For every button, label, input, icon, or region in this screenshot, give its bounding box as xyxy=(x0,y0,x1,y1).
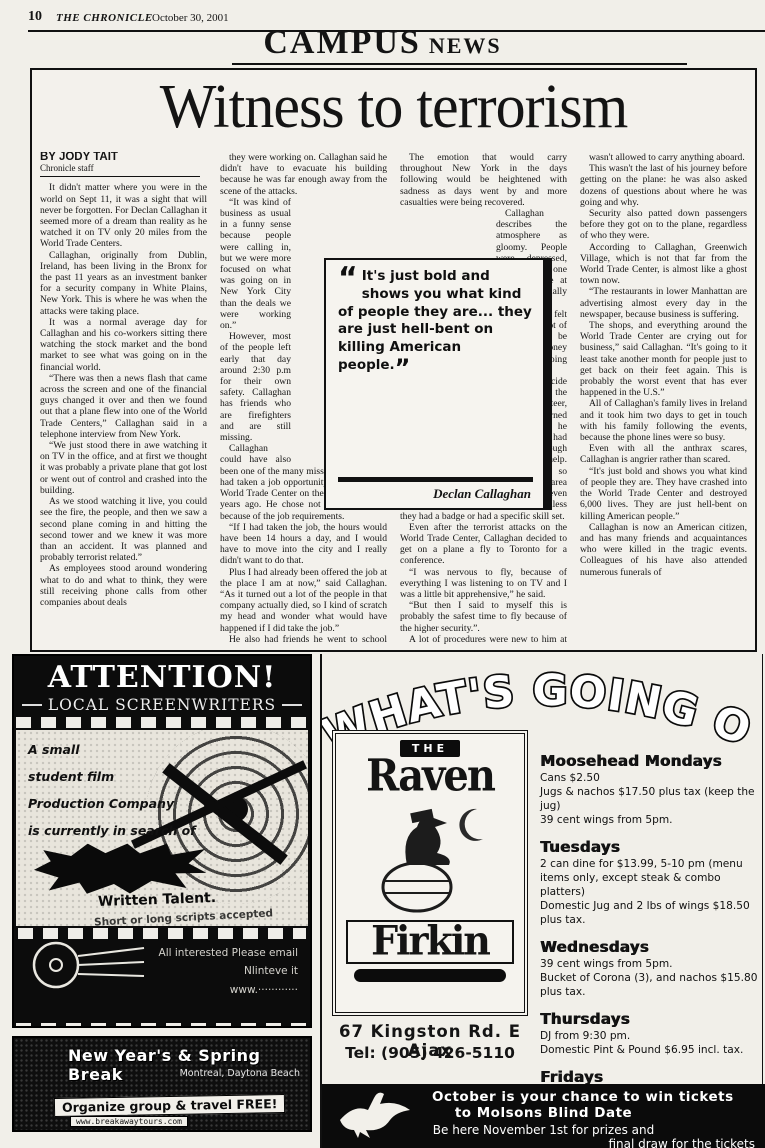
article-paragraph: As employees stood around wondering what… xyxy=(40,563,207,608)
article-paragraph: A lot of procedures were new to him at t… xyxy=(400,634,567,644)
header-date: October 30, 2001 xyxy=(152,12,229,24)
pub-banner-pill xyxy=(354,969,506,982)
schedule-item: Domestic Pint & Pound $6.95 incl. tax. xyxy=(540,1044,758,1058)
schedule-item: DJ from 9:30 pm. xyxy=(540,1030,758,1044)
close-quote-glyph: ” xyxy=(395,354,411,382)
screenwriters-note: Short or long scripts accepted xyxy=(94,907,274,926)
screenwriters-burst: Written Talent. xyxy=(98,890,217,910)
column-4: wasn't allowed to carry anything aboard.… xyxy=(580,152,747,644)
article-paragraph: Plus I had already been offered the job … xyxy=(220,567,387,634)
article-box: Witness to terrorism BY JODY TAIT Chroni… xyxy=(30,68,757,652)
article-paragraph: they were working on. Callaghan said he … xyxy=(220,152,387,197)
section-title: CAMPUSNEWS xyxy=(0,24,765,62)
screenwriters-line: student film xyxy=(28,769,196,784)
screenwriters-contact-line: www.············ xyxy=(159,981,298,999)
schedule-item: Cans $2.50 xyxy=(540,772,758,786)
schedule-item: 39 cent wings from 5pm. xyxy=(540,814,758,828)
schedule-day: Wednesdays xyxy=(540,938,758,956)
article-paragraph: As we stood watching it live, you could … xyxy=(40,496,207,563)
screenwriters-title: ATTENTION! xyxy=(14,660,310,695)
screenwriters-line: is currently in search of xyxy=(28,823,196,838)
section-word-campus: CAMPUS xyxy=(263,24,420,61)
schedule-item: 39 cent wings from 5pm. xyxy=(540,958,758,972)
article-headline: Witness to terrorism xyxy=(32,71,755,143)
raven-on-barrel-illustration xyxy=(345,795,515,913)
article-paragraph: “But then I said to myself this is proba… xyxy=(400,600,567,634)
pull-quote-body: It's just bold and shows you what kind o… xyxy=(338,268,532,373)
schedule-day: Tuesdays xyxy=(540,838,758,856)
pull-quote: “It's just bold and shows you what kind … xyxy=(324,258,552,510)
article-paragraph: It was a normal average day for Callagha… xyxy=(40,317,207,373)
schedule-day: Fridays xyxy=(540,1068,758,1086)
screenwriters-footer: All interested Please emailNlinteve itww… xyxy=(16,928,308,1020)
screenwriters-line: Production Company xyxy=(28,796,196,811)
article-paragraph: According to Callaghan, Greenwich Villag… xyxy=(580,242,747,287)
pub-logo-box: THE Raven Firkin xyxy=(332,730,528,1016)
section-word-news: NEWS xyxy=(429,33,502,58)
spring-break-ad: New Year's & Spring Break Montreal, Dayt… xyxy=(12,1036,312,1132)
banner-line-1: October is your chance to win tickets xyxy=(432,1089,765,1105)
schedule-item: Domestic Jug and 2 lbs of wings $18.50 p… xyxy=(540,900,758,928)
schedule-day: Moosehead Mondays xyxy=(540,752,758,770)
byline-role: Chronicle staff xyxy=(40,163,200,177)
screenwriters-body: A smallstudent filmProduction Companyis … xyxy=(16,730,308,926)
article-paragraph: The emotion that would carry throughout … xyxy=(400,152,567,208)
whats-going-on-ad: WHAT'S GOING ON THE Raven Firkin 67 King… xyxy=(320,654,763,1148)
page-number: 10 xyxy=(28,9,42,25)
pull-quote-text: “It's just bold and shows you what kind … xyxy=(338,268,533,375)
pub-schedule: Moosehead MondaysCans $2.50Jugs & nachos… xyxy=(540,742,758,1116)
schedule-item: Jugs & nachos $17.50 plus tax (keep the … xyxy=(540,786,758,814)
newspaper-page: 10 THE CHRONICLE October 30, 2001 CAMPUS… xyxy=(0,0,765,1148)
column-3-text-top: The emotion that would carry throughout … xyxy=(400,152,567,208)
open-quote-glyph: “ xyxy=(338,268,358,289)
article-paragraph: It didn't matter where you were in the w… xyxy=(40,182,207,249)
schedule-day: Thursdays xyxy=(540,1010,758,1028)
section-rule xyxy=(232,63,687,65)
filmstrip-sprockets xyxy=(16,717,308,728)
pub-name-firkin-box: Firkin xyxy=(346,920,514,964)
screenwriters-line: A small xyxy=(28,742,196,757)
screenwriters-subtitle: LOCAL SCREENWRITERS xyxy=(22,696,302,714)
article-paragraph: “I was nervous to fly, because of everyt… xyxy=(400,567,567,601)
screenwriters-contact-line: Nlinteve it xyxy=(159,962,298,980)
article-paragraph: He also had friends he went to school wi… xyxy=(220,634,387,644)
schedule-item: 2 can dine for $13.99, 5-10 pm (menu ite… xyxy=(540,858,758,900)
screenwriters-intro: A smallstudent filmProduction Companyis … xyxy=(28,742,196,850)
article-paragraph: Callaghan, originally from Dublin, Irela… xyxy=(40,250,207,317)
masthead: THE CHRONICLE xyxy=(56,12,153,24)
pub-name-firkin: Firkin xyxy=(350,921,510,961)
article-paragraph: wasn't allowed to carry anything aboard. xyxy=(580,152,747,163)
article-paragraph: Callaghan is now an American citizen, an… xyxy=(580,522,747,578)
raven-icon xyxy=(336,1090,414,1142)
film-reel-icon xyxy=(26,936,146,994)
filmstrip-sprockets xyxy=(16,1023,308,1028)
article-paragraph: The shops, and everything around the Wor… xyxy=(580,320,747,398)
pub-name-raven: Raven xyxy=(336,755,524,797)
screenwriters-contact-line: All interested Please email xyxy=(159,944,298,962)
article-paragraph: All of Callaghan's family lives in Irela… xyxy=(580,398,747,443)
byline: BY JODY TAIT xyxy=(40,152,207,163)
spring-break-tagline: Organize group & travel FREE! xyxy=(54,1094,286,1117)
pull-quote-attribution: Declan Callaghan xyxy=(338,477,533,508)
schedule-item: Bucket of Corona (3), and nachos $15.80 … xyxy=(540,972,758,1000)
article-paragraph: “The restaurants in lower Manhattan are … xyxy=(580,286,747,320)
screenwriters-contact: All interested Please emailNlinteve itww… xyxy=(159,944,298,999)
pub-phone: Tel: (905) 426-5110 xyxy=(322,1044,538,1062)
contest-banner: October is your chance to win tickets to… xyxy=(322,1084,765,1148)
article-paragraph: “If I had taken the job, the hours would… xyxy=(220,522,387,567)
screenwriters-ad: ATTENTION! LOCAL SCREENWRITERS A smallst… xyxy=(12,654,312,1028)
article-paragraph: “There was then a news flash that came a… xyxy=(40,373,207,440)
spring-break-destinations: Montreal, Daytona Beach xyxy=(180,1068,300,1079)
column-2-text-top: they were working on. Callaghan said he … xyxy=(220,152,387,197)
spring-break-url: www.breakawaytours.com xyxy=(70,1116,188,1127)
screenwriters-subtitle-text: LOCAL SCREENWRITERS xyxy=(48,696,276,714)
article-paragraph: This wasn't the last of his journey befo… xyxy=(580,163,747,208)
article-paragraph: “It's just bold and shows you what kind … xyxy=(580,466,747,522)
column-1: BY JODY TAIT Chronicle staff It didn't m… xyxy=(40,152,207,644)
article-paragraph: Security also patted down passengers bef… xyxy=(580,208,747,242)
article-paragraph: Even with all the anthrax scares, Callag… xyxy=(580,443,747,465)
column-1-text: It didn't matter where you were in the w… xyxy=(40,182,207,608)
article-paragraph: “We just stood there in awe watching it … xyxy=(40,440,207,496)
article-paragraph: Even after the terrorist attacks on the … xyxy=(400,522,567,567)
column-4-text: wasn't allowed to carry anything aboard.… xyxy=(580,152,747,578)
